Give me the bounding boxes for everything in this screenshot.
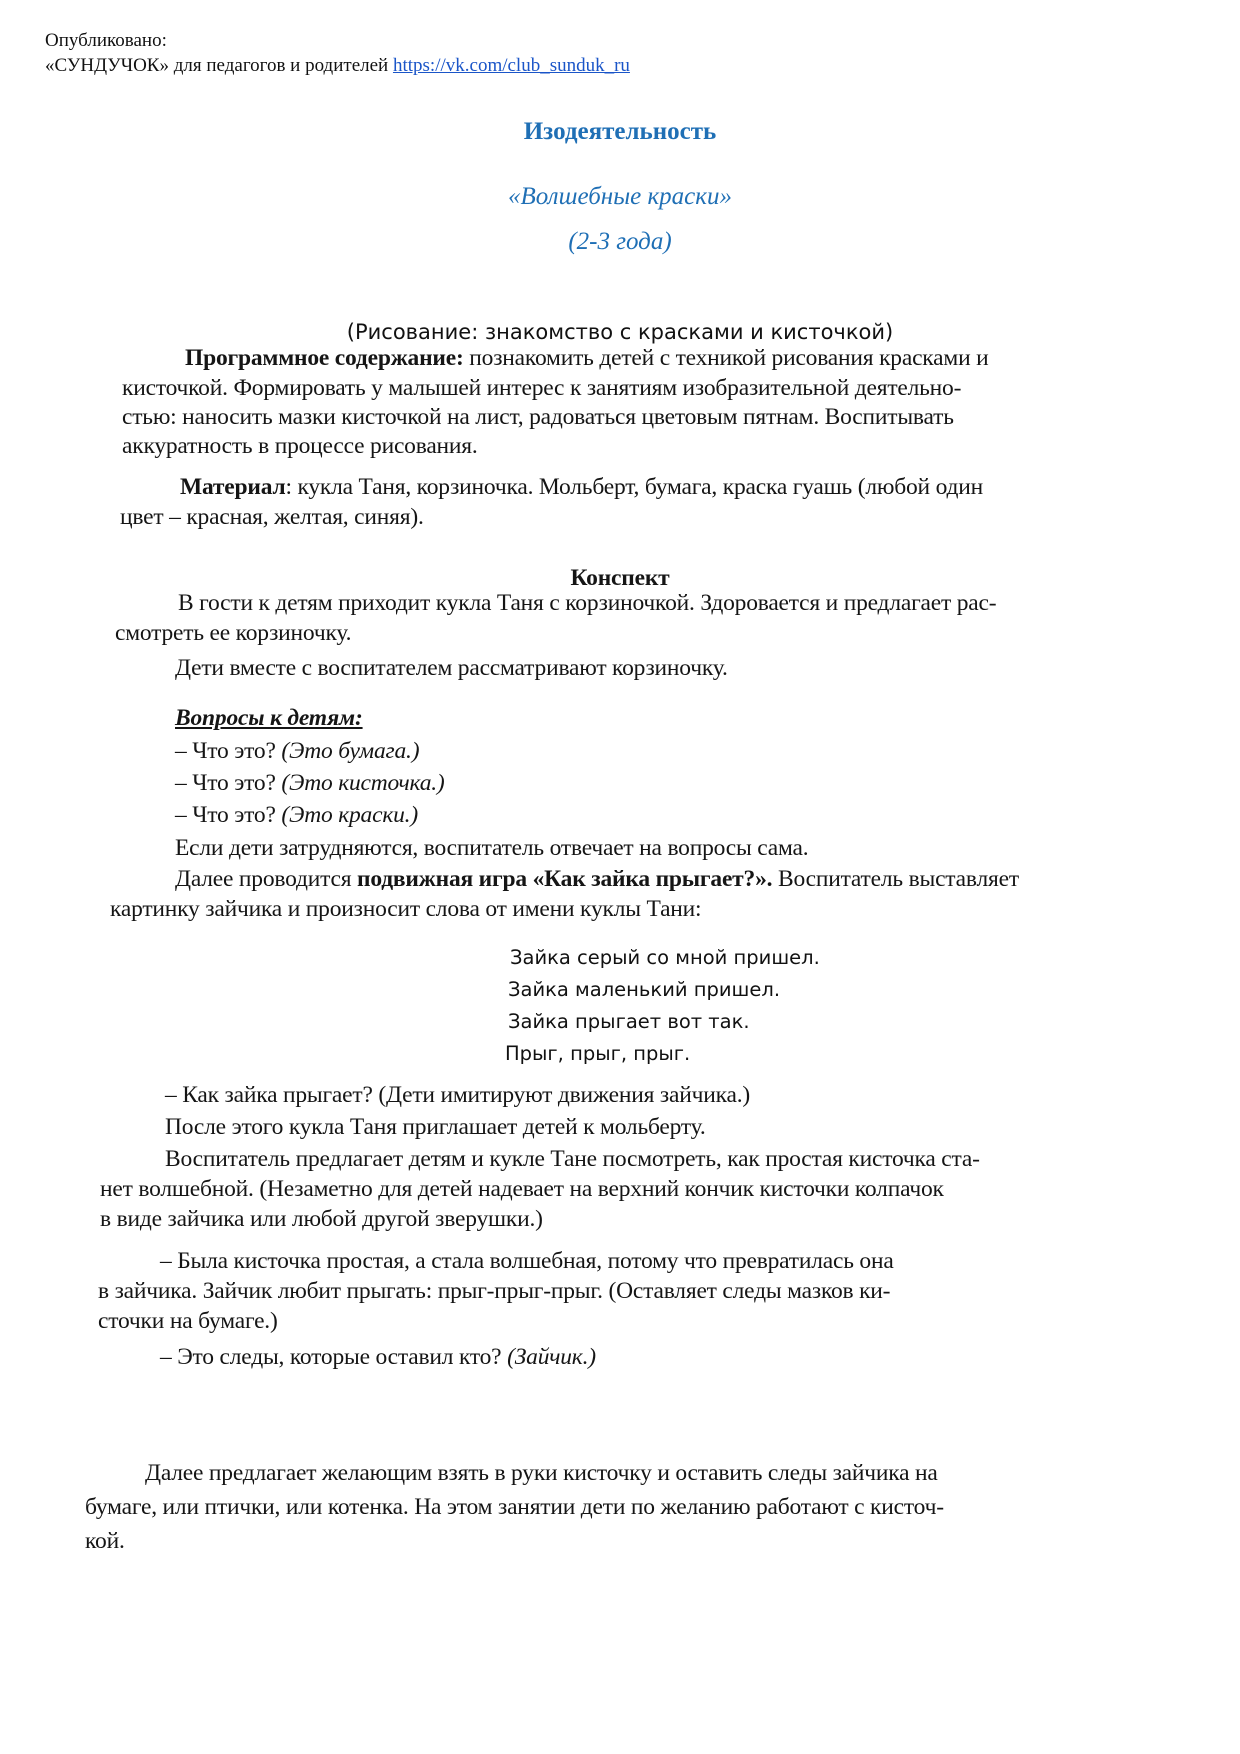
konspekt-p7-line-1: Воспитатель предлагает детям и кукле Тан… [165,1146,980,1173]
konspekt-p8-line-1: – Была кисточка простая, а стала волшебн… [160,1248,894,1275]
age-range: (2-3 года) [0,228,1240,256]
poem-line-2: Зайка маленький пришел. [508,978,780,1001]
question-2: – Что это? (Это кисточка.) [175,770,445,797]
program-line-2: кисточкой. Формировать у малышей интерес… [122,375,961,402]
program-line-4: аккуратность в процессе рисования. [122,433,478,460]
konspekt-p10-line-2: бумаге, или птички, или котенка. На этом… [85,1494,944,1521]
page-title: Изодеятельность [0,118,1240,146]
konspekt-p9: – Это следы, которые оставил кто? (Зайчи… [160,1344,596,1371]
konspekt-p3: Если дети затрудняются, воспитатель отве… [175,835,808,862]
konspekt-heading: Конспект [0,565,1240,592]
material-line-1: Материал: кукла Таня, корзиночка. Мольбе… [180,474,983,501]
program-line-1: Программное содержание: познакомить дете… [185,345,1130,372]
lesson-title: «Волшебные краски» [0,183,1240,211]
question-1: – Что это? (Это бумага.) [175,738,419,765]
konspekt-p1-line-2: смотреть ее корзиночку. [115,620,351,647]
poem-line-4: Прыг, прыг, прыг. [505,1042,690,1065]
source-link[interactable]: https://vk.com/club_sunduk_ru [393,55,630,76]
lesson-type: (Рисование: знакомство с красками и кист… [0,320,1240,344]
questions-heading: Вопросы к детям: [175,705,363,732]
konspekt-p8-line-2: в зайчика. Зайчик любит прыгать: прыг-пр… [98,1278,890,1305]
program-line-3: стью: наносить мазки кисточкой на лист, … [122,404,954,431]
source-line: «СУНДУЧОК» для педагогов и родителей htt… [45,55,630,77]
konspekt-p5: – Как зайка прыгает? (Дети имитируют дви… [165,1082,750,1109]
game-title: подвижная игра «Как зайка прыгает?». [357,866,772,892]
konspekt-p7-line-2: нет волшебной. (Незаметно для детей наде… [100,1176,944,1203]
published-label: Опубликовано: [45,30,167,52]
source-text: «СУНДУЧОК» для педагогов и родителей [45,55,388,76]
material-label: Материал [180,474,285,500]
konspekt-p10-line-3: кой. [85,1528,125,1555]
poem-line-1: Зайка серый со мной пришел. [510,946,820,969]
konspekt-p4-line-2: картинку зайчика и произносит слова от и… [110,896,701,923]
konspekt-p7-line-3: в виде зайчика или любой другой зверушки… [100,1206,543,1233]
konspekt-p10-line-1: Далее предлагает желающим взять в руки к… [145,1460,938,1487]
konspekt-p2: Дети вместе с воспитателем рассматривают… [175,655,728,682]
material-line-2: цвет – красная, желтая, синяя). [120,504,424,531]
konspekt-p8-line-3: сточки на бумаге.) [98,1308,278,1335]
question-3: – Что это? (Это краски.) [175,802,418,829]
konspekt-p1-line-1: В гости к детям приходит кукла Таня с ко… [178,590,996,617]
program-label: Программное содержание: [185,345,464,371]
poem-line-3: Зайка прыгает вот так. [508,1010,750,1033]
konspekt-p4-line-1: Далее проводится подвижная игра «Как зай… [175,866,1019,893]
konspekt-p6: После этого кукла Таня приглашает детей … [165,1114,706,1141]
